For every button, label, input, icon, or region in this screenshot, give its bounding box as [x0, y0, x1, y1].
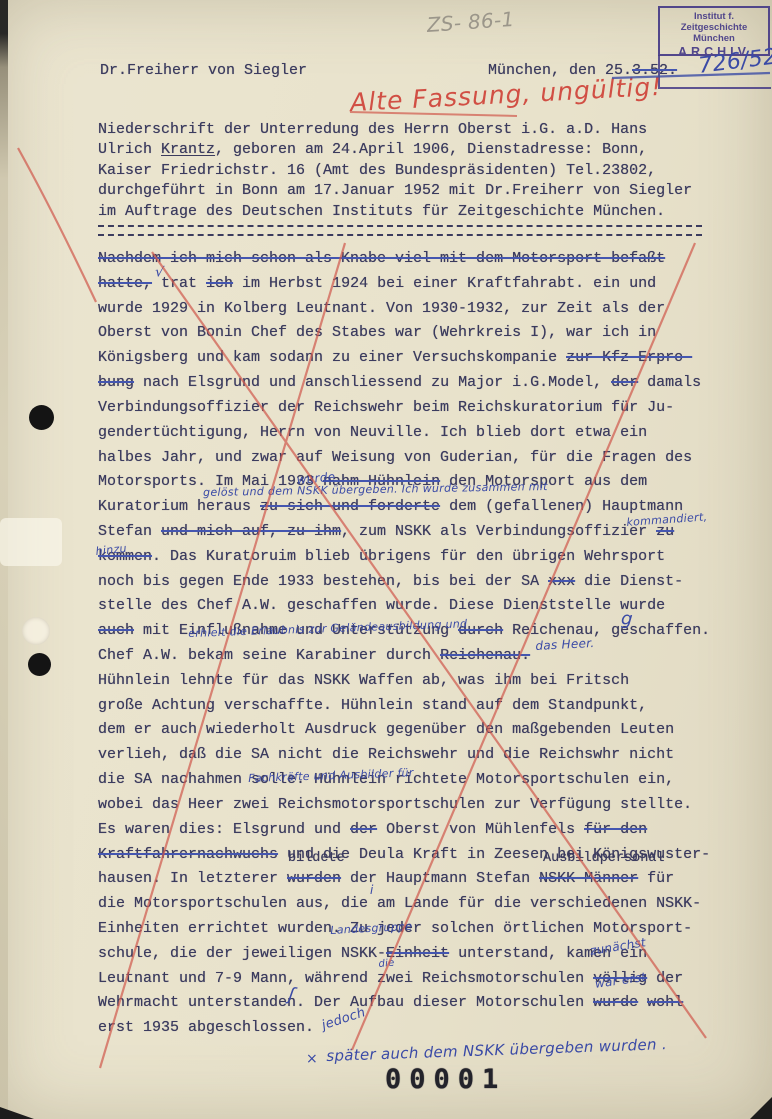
typed-text: im Auftrage des Deutschen Instituts für …	[98, 203, 665, 220]
intro-paragraph: Niederschrift der Unterredung des Herrn …	[98, 120, 692, 222]
scan-corner-bottom-left	[0, 1107, 34, 1119]
typed-text: stelle des Chef A.W. geschaffen wurde. D…	[98, 597, 665, 614]
intro-line: Niederschrift der Unterredung des Herrn …	[98, 120, 692, 140]
struck-text: Kraftfahrernachwuchs	[98, 846, 278, 863]
struck-text: ich	[206, 275, 233, 292]
fold-crease	[0, 518, 62, 566]
typed-text: Krantz	[161, 141, 215, 158]
typed-text: hausen. In letzterer	[98, 870, 287, 887]
punch-hole-top	[29, 405, 54, 430]
typed-text: Leutnant und 7-9 Mann, während zwei Reic…	[98, 970, 593, 987]
handwritten-annotation: ZS- 86-1	[426, 7, 515, 37]
typed-text: Oberst von Bonin Chef des Stabes war (We…	[98, 324, 656, 341]
body-line: noch bis gegen Ende 1933 bestehen, bis b…	[98, 570, 710, 595]
body-line: die Motorsportschulen aus, die am Lande …	[98, 892, 710, 917]
intro-line: im Auftrage des Deutschen Instituts für …	[98, 202, 692, 222]
struck-text: zur Kfz-Erpro-	[566, 349, 692, 366]
body-line: wobei das Heer zwei Reichsmotorsportschu…	[98, 793, 710, 818]
typed-text: noch bis gegen Ende 1933 bestehen, bis b…	[98, 573, 548, 590]
typed-text: die Dienst-	[575, 573, 683, 590]
body-line: Königsberg und kam sodann zu einer Versu…	[98, 346, 710, 371]
body-line: hausen. In letzterer wurden der Hauptman…	[98, 867, 710, 892]
struck-text: wohl	[647, 994, 683, 1011]
struck-text: der	[350, 821, 377, 838]
body-line: hatte, trat ich im Herbst 1924 bei einer…	[98, 272, 710, 297]
typed-text: schule, die der jeweiligen NSKK-	[98, 945, 386, 962]
struck-text: und mich auf, zu ihm	[161, 523, 341, 540]
struck-text: auch	[98, 622, 134, 639]
typed-text: verlieh, daß die SA nicht die Reichswehr…	[98, 746, 674, 763]
body-line: verlieh, daß die SA nicht die Reichswehr…	[98, 743, 710, 768]
body-line: Oberst von Bonin Chef des Stabes war (We…	[98, 321, 710, 346]
body-line: kommen. Das Kuratoruim blieb übrigens fü…	[98, 545, 710, 570]
typed-text: Ulrich	[98, 141, 161, 158]
typed-text: durchgeführt in Bonn am 17.Januar 1952 m…	[98, 182, 692, 199]
struck-text: Reichenau.	[440, 647, 530, 664]
stamp-institution: Institut f. Zeitgeschichte	[660, 11, 768, 33]
header-author: Dr.Freiherr von Siegler	[100, 62, 307, 79]
typed-text: . Das Kuratoruim blieb übrigens für den …	[152, 548, 665, 565]
struck-text: hatte,	[98, 275, 152, 292]
struck-text: für den	[584, 821, 647, 838]
typed-correction: bildete	[288, 851, 345, 866]
body-line: stelle des Chef A.W. geschaffen wurde. D…	[98, 594, 710, 619]
struck-text: NSKK-Männer	[539, 870, 638, 887]
body-line: große Achtung verschaffte. Hühnlein stan…	[98, 694, 710, 719]
body-line: Chef A.W. bekam seine Karabiner durch Re…	[98, 644, 710, 669]
page-number-stamp: 00001	[385, 1064, 506, 1095]
typed-correction: Ausbildpersonal	[543, 851, 665, 866]
typed-text: , geboren am 24.April 1906, Dienstadress…	[215, 141, 647, 158]
typed-text	[638, 994, 647, 1011]
typed-text: große Achtung verschaffte. Hühnlein stan…	[98, 697, 647, 714]
struck-text: der	[611, 374, 638, 391]
struck-text: xxx	[548, 573, 575, 590]
struck-text: Einheit	[386, 945, 449, 962]
handwritten-annotation: die	[378, 958, 395, 970]
typed-text: Verbindungsoffizier der Reichswehr beim …	[98, 399, 674, 416]
body-line: gendertüchtigung, Herrn von Neuville. Ic…	[98, 421, 710, 446]
typed-text: wurde 1929 in Kolberg Leutnant. Von 1930…	[98, 300, 665, 317]
struck-text: wurde	[593, 994, 638, 1011]
scan-corner-bottom-right	[750, 1097, 772, 1119]
typed-text: die Motorsportschulen aus, die am Lande …	[98, 895, 701, 912]
punch-hole-reinforcement-ring	[22, 617, 50, 645]
typed-text: , zum NSKK als Verbindungsoffizier	[341, 523, 656, 540]
handwritten-annotation: ×	[306, 1051, 318, 1067]
struck-text: bung	[98, 374, 134, 391]
body-line: Hühnlein lehnte für das NSKK Waffen ab, …	[98, 669, 710, 694]
typed-text: dem er auch wiederholt Ausdruck gegenübe…	[98, 721, 674, 738]
typed-text: Niederschrift der Unterredung des Herrn …	[98, 121, 647, 138]
intro-line: Kaiser Friedrichstr. 16 (Amt des Bundesp…	[98, 161, 692, 181]
struck-text: wurden	[287, 870, 341, 887]
punch-hole-bottom	[28, 653, 51, 676]
struck-text: Nachdem ich mich schon als Knabe viel mi…	[98, 250, 665, 267]
body-line: halbes Jahr, und zwar auf Weisung von Gu…	[98, 446, 710, 471]
scanned-document-page: Institut f. Zeitgeschichte München ARCHI…	[0, 0, 772, 1119]
intro-line: Ulrich Krantz, geboren am 24.April 1906,…	[98, 140, 692, 160]
typed-text: Chef A.W. bekam seine Karabiner durch	[98, 647, 440, 664]
stamp-city: München	[660, 33, 768, 44]
body-line: Wehrmacht unterstanden. Der Aufbau diese…	[98, 991, 710, 1016]
typed-text: Es waren dies: Elsgrund und	[98, 821, 350, 838]
handwritten-annotation: g	[620, 608, 634, 630]
typed-text: nach Elsgrund und anschliessend zu Major…	[134, 374, 611, 391]
typed-text: wobei das Heer zwei Reichsmotorsportschu…	[98, 796, 692, 813]
typed-text: Reichenau, geschaffen.	[503, 622, 710, 639]
typed-text: dem (gefallenen) Hauptmann	[440, 498, 683, 515]
handwritten-annotation: i	[370, 883, 374, 897]
body-line: Es waren dies: Elsgrund und der Oberst v…	[98, 818, 710, 843]
body-line: Verbindungsoffizier der Reichswehr beim …	[98, 396, 710, 421]
typed-text: gendertüchtigung, Herrn von Neuville. Ic…	[98, 424, 647, 441]
body-line: Stefan und mich auf, zu ihm, zum NSKK al…	[98, 520, 710, 545]
typed-text: Wehrmacht unterstanden. Der Aufbau diese…	[98, 994, 593, 1011]
struck-text: zu sich und forderte	[260, 498, 440, 515]
typed-text: damals	[638, 374, 701, 391]
body-line: Nachdem ich mich schon als Knabe viel mi…	[98, 247, 710, 272]
intro-line: durchgeführt in Bonn am 17.Januar 1952 m…	[98, 181, 692, 201]
typed-text: der	[647, 970, 683, 987]
typed-divider-line	[98, 225, 702, 236]
typed-text: Kaiser Friedrichstr. 16 (Amt des Bundesp…	[98, 162, 656, 179]
body-line: dem er auch wiederholt Ausdruck gegenübe…	[98, 718, 710, 743]
typed-text: Hühnlein lehnte für das NSKK Waffen ab, …	[98, 672, 629, 689]
typed-text: erst 1935 abgeschlossen.	[98, 1019, 314, 1036]
typed-text: Stefan	[98, 523, 161, 540]
typed-text: für	[638, 870, 674, 887]
body-line: bung nach Elsgrund und anschliessend zu …	[98, 371, 710, 396]
typed-text: Kuratorium heraus	[98, 498, 260, 515]
typed-text: halbes Jahr, und zwar auf Weisung von Gu…	[98, 449, 692, 466]
typed-text: Oberst von Mühlenfels	[377, 821, 584, 838]
body-line: wurde 1929 in Kolberg Leutnant. Von 1930…	[98, 297, 710, 322]
typed-text: im Herbst 1924 bei einer Kraftfahrabt. e…	[233, 275, 656, 292]
body-line: Kuratorium heraus zu sich und forderte d…	[98, 495, 710, 520]
typed-text: Königsberg und kam sodann zu einer Versu…	[98, 349, 566, 366]
